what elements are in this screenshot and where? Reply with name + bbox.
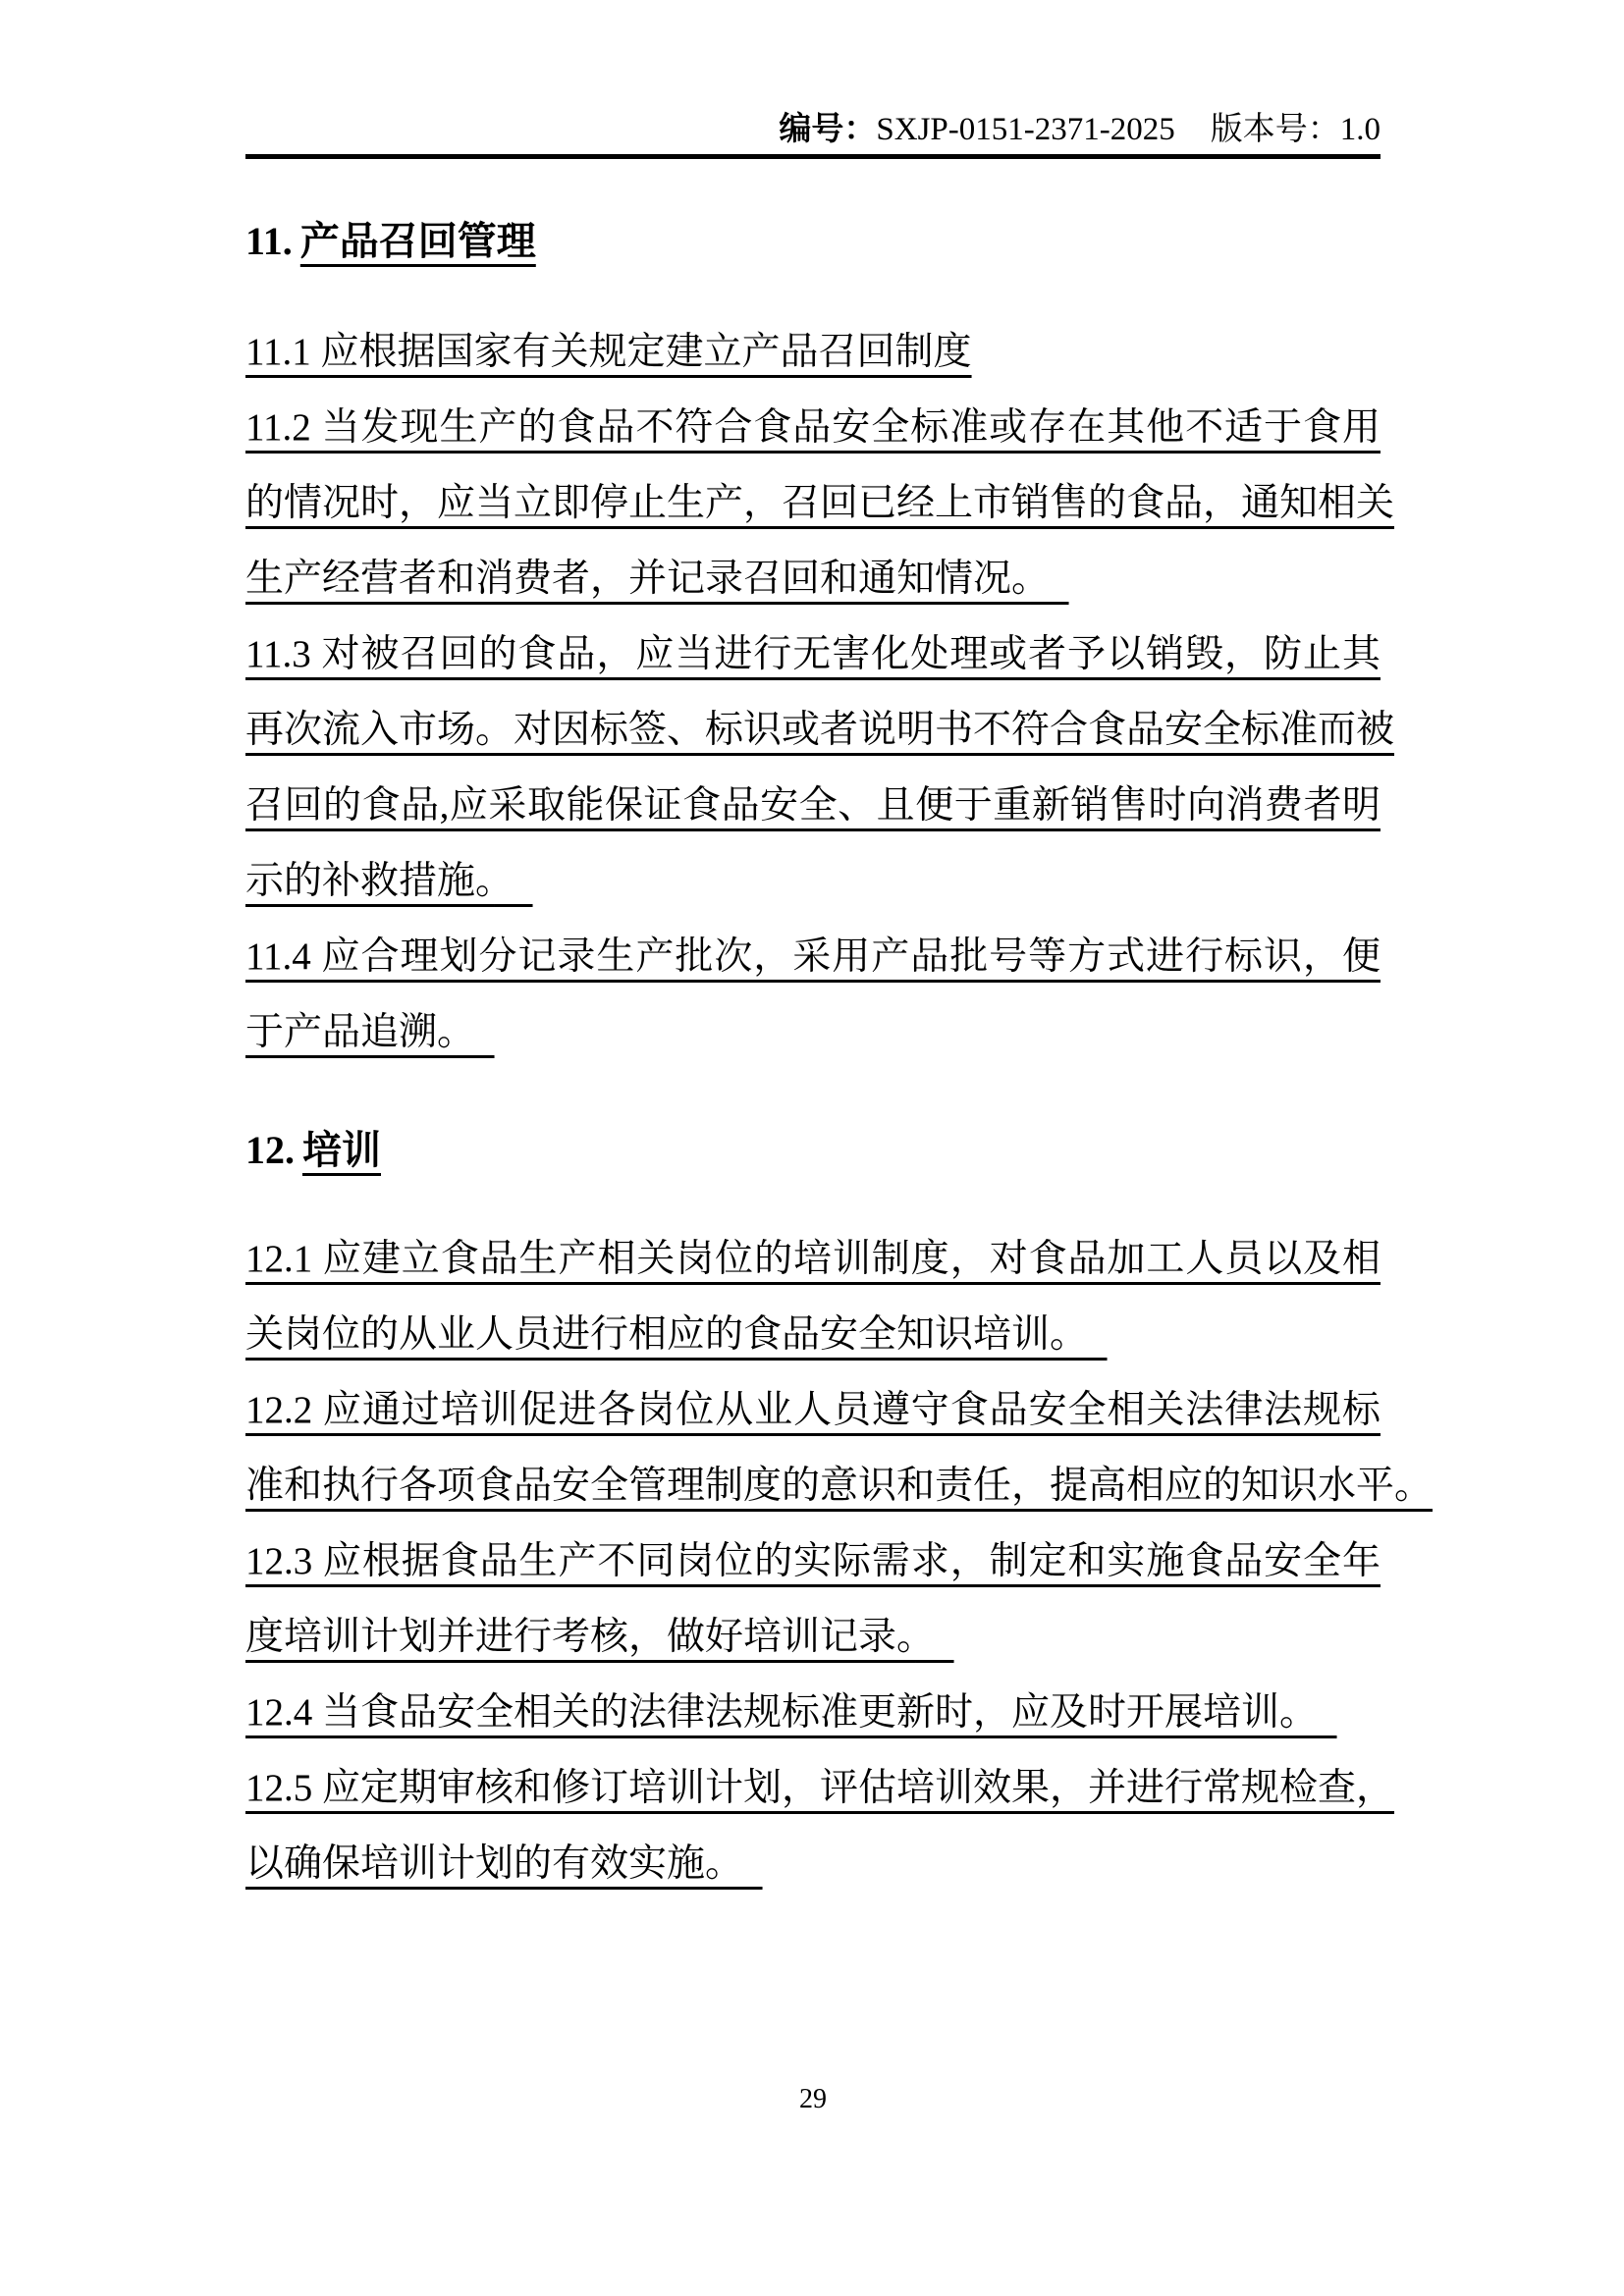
section-title: 产品召回管理 bbox=[300, 219, 536, 263]
doc-number: SXJP-0151-2371-2025 bbox=[876, 112, 1174, 147]
text-line: 的情况时，应当立即停止生产，召回已经上市销售的食品，通知相关 bbox=[245, 465, 1380, 541]
text-line: 准和执行各项食品安全管理制度的意识和责任，提高相应的知识水平。 bbox=[245, 1448, 1380, 1523]
page-number: 29 bbox=[245, 2083, 1380, 2116]
paragraph-12-1: 12.1 应建立食品生产相关岗位的培训制度，对食品加工人员以及相 关岗位的从业人… bbox=[245, 1221, 1380, 1372]
paragraph-12-3: 12.3 应根据食品生产不同岗位的实际需求，制定和实施食品安全年 度培训计划并进… bbox=[245, 1523, 1380, 1675]
text-line: 12.3 应根据食品生产不同岗位的实际需求，制定和实施食品安全年 bbox=[245, 1523, 1380, 1599]
section-heading-12: 12.培训 bbox=[245, 1127, 1380, 1174]
version-number: 1.0 bbox=[1340, 112, 1380, 147]
paragraph-11-4: 11.4 应合理划分记录生产批次，采用产品批号等方式进行标识，便 于产品追溯。 bbox=[245, 919, 1380, 1070]
paragraph-12-4: 12.4 当食品安全相关的法律法规标准更新时，应及时开展培训。 bbox=[245, 1675, 1380, 1750]
paragraph-12-2: 12.2 应通过培训促进各岗位从业人员遵守食品安全相关法律法规标 准和执行各项食… bbox=[245, 1372, 1380, 1523]
text-line: 11.2 当发现生产的食品不符合食品安全标准或存在其他不适于食用 bbox=[245, 390, 1380, 465]
page-header: 编号：SXJP-0151-2371-2025版本号：1.0 bbox=[245, 110, 1380, 149]
header-rule bbox=[245, 154, 1380, 159]
text-line: 于产品追溯。 bbox=[245, 994, 1380, 1070]
paragraph-11-2: 11.2 当发现生产的食品不符合食品安全标准或存在其他不适于食用 的情况时，应当… bbox=[245, 390, 1380, 616]
text-line: 再次流入市场。对因标签、标识或者说明书不符合食品安全标准而被 bbox=[245, 692, 1380, 768]
document-page: 编号：SXJP-0151-2371-2025版本号：1.0 11.产品召回管理 … bbox=[0, 0, 1624, 2296]
paragraph-11-3: 11.3 对被召回的食品，应当进行无害化处理或者予以销毁，防止其 再次流入市场。… bbox=[245, 616, 1380, 919]
text-line: 以确保培训计划的有效实施。 bbox=[245, 1826, 1380, 1901]
text-line: 生产经营者和消费者，并记录召回和通知情况。 bbox=[245, 541, 1380, 616]
text-line: 11.3 对被召回的食品，应当进行无害化处理或者予以销毁，防止其 bbox=[245, 616, 1380, 692]
section-heading-11: 11.产品召回管理 bbox=[245, 218, 1380, 265]
section-11-body: 11.1 应根据国家有关规定建立产品召回制度 11.2 当发现生产的食品不符合食… bbox=[245, 314, 1380, 1070]
doc-number-label: 编号： bbox=[779, 112, 876, 147]
text-line: 12.4 当食品安全相关的法律法规标准更新时，应及时开展培训。 bbox=[245, 1675, 1380, 1750]
paragraph-12-5: 12.5 应定期审核和修订培训计划，评估培训效果，并进行常规检查， 以确保培训计… bbox=[245, 1750, 1380, 1901]
paragraph-11-1: 11.1 应根据国家有关规定建立产品召回制度 bbox=[245, 314, 1380, 390]
section-12-body: 12.1 应建立食品生产相关岗位的培训制度，对食品加工人员以及相 关岗位的从业人… bbox=[245, 1221, 1380, 1901]
section-number: 12. bbox=[245, 1128, 295, 1172]
section-title: 培训 bbox=[302, 1128, 381, 1172]
text-line: 12.1 应建立食品生产相关岗位的培训制度，对食品加工人员以及相 bbox=[245, 1221, 1380, 1297]
text-line: 关岗位的从业人员进行相应的食品安全知识培训。 bbox=[245, 1297, 1380, 1372]
text-line: 11.4 应合理划分记录生产批次，采用产品批号等方式进行标识，便 bbox=[245, 919, 1380, 994]
text-line: 示的补救措施。 bbox=[245, 843, 1380, 919]
version-label: 版本号： bbox=[1211, 112, 1340, 147]
text-line: 12.2 应通过培训促进各岗位从业人员遵守食品安全相关法律法规标 bbox=[245, 1372, 1380, 1448]
text-line: 12.5 应定期审核和修订培训计划，评估培训效果，并进行常规检查， bbox=[245, 1750, 1380, 1826]
text-line: 11.1 应根据国家有关规定建立产品召回制度 bbox=[245, 314, 1380, 390]
section-number: 11. bbox=[245, 219, 293, 263]
text-line: 度培训计划并进行考核，做好培训记录。 bbox=[245, 1599, 1380, 1675]
text-line: 召回的食品,应采取能保证食品安全、且便于重新销售时向消费者明 bbox=[245, 768, 1380, 843]
